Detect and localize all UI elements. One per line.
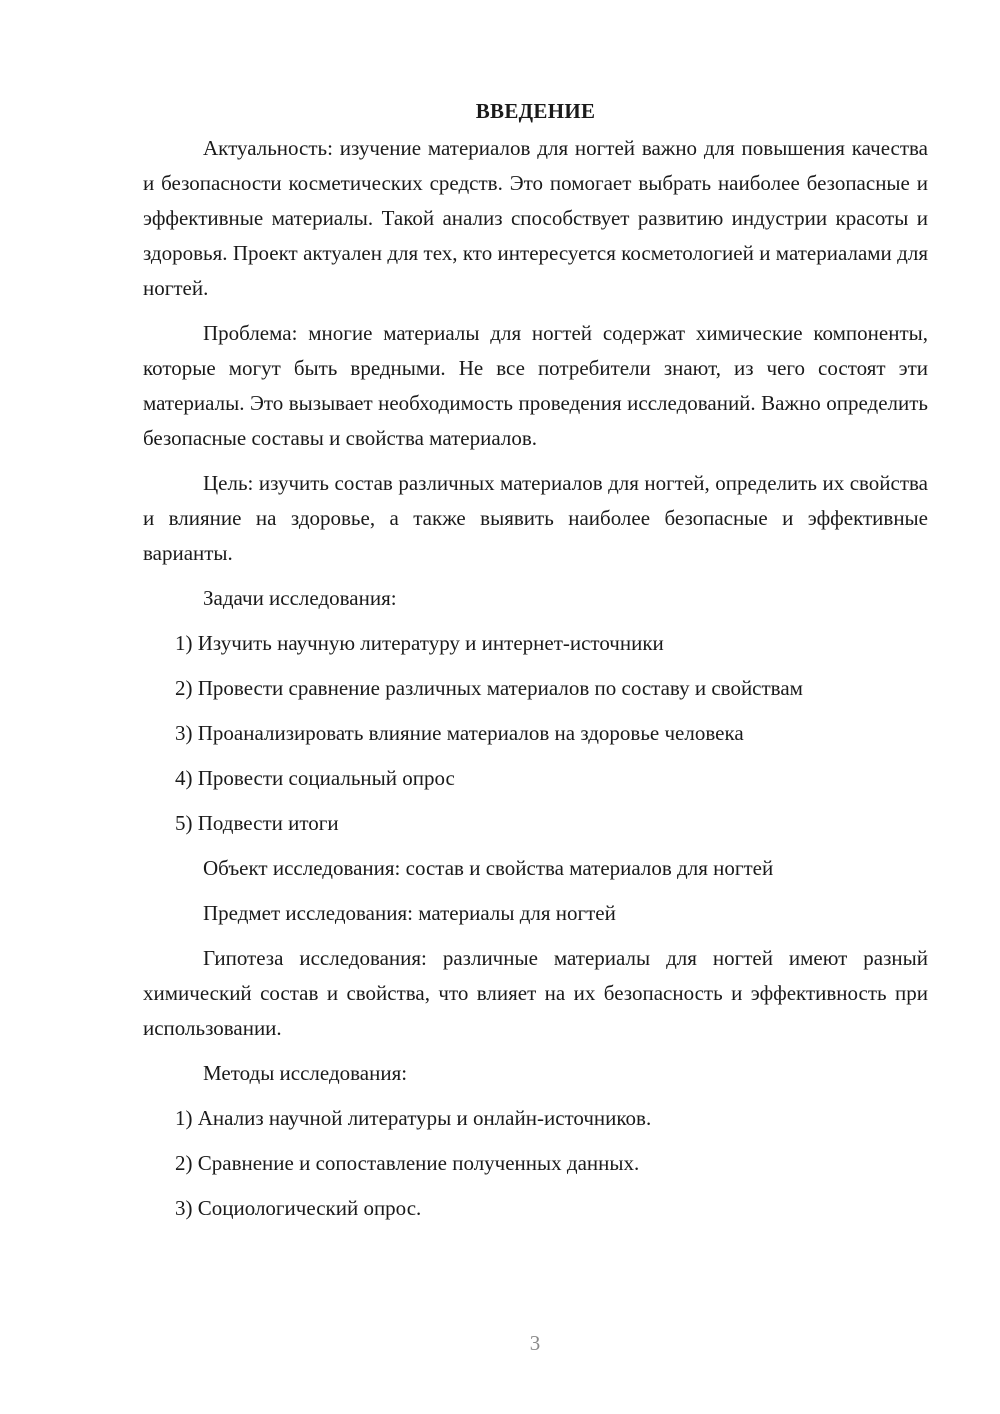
- task-item: 2) Провести сравнение различных материал…: [143, 671, 928, 706]
- method-text: Сравнение и сопоставление полученных дан…: [198, 1151, 639, 1175]
- task-text: Провести сравнение различных материалов …: [198, 676, 803, 700]
- task-number: 5): [175, 811, 193, 835]
- task-text: Подвести итоги: [198, 811, 339, 835]
- task-item: 1) Изучить научную литературу и интернет…: [143, 626, 928, 661]
- task-number: 2): [175, 676, 193, 700]
- document-page: ВВЕДЕНИЕ Актуальность: изучение материал…: [143, 96, 928, 1236]
- method-item: 1) Анализ научной литературы и онлайн-ис…: [143, 1101, 928, 1136]
- task-text: Проанализировать влияние материалов на з…: [198, 721, 744, 745]
- methods-list: 1) Анализ научной литературы и онлайн-ис…: [143, 1101, 928, 1226]
- task-text: Изучить научную литературу и интернет-ис…: [198, 631, 664, 655]
- section-title: ВВЕДЕНИЕ: [143, 96, 928, 126]
- task-number: 4): [175, 766, 193, 790]
- task-text: Провести социальный опрос: [198, 766, 455, 790]
- relevance-paragraph: Актуальность: изучение материалов для но…: [143, 131, 928, 306]
- method-text: Социологический опрос.: [198, 1196, 422, 1220]
- method-text: Анализ научной литературы и онлайн-источ…: [198, 1106, 651, 1130]
- method-number: 3): [175, 1196, 193, 1220]
- method-number: 1): [175, 1106, 193, 1130]
- method-item: 3) Социологический опрос.: [143, 1191, 928, 1226]
- tasks-list: 1) Изучить научную литературу и интернет…: [143, 626, 928, 841]
- goal-paragraph: Цель: изучить состав различных материало…: [143, 466, 928, 571]
- subject-line: Предмет исследования: материалы для ногт…: [143, 896, 928, 931]
- method-item: 2) Сравнение и сопоставление полученных …: [143, 1146, 928, 1181]
- method-number: 2): [175, 1151, 193, 1175]
- object-line: Объект исследования: состав и свойства м…: [143, 851, 928, 886]
- task-item: 5) Подвести итоги: [143, 806, 928, 841]
- tasks-heading: Задачи исследования:: [143, 581, 928, 616]
- task-item: 3) Проанализировать влияние материалов н…: [143, 716, 928, 751]
- hypothesis-paragraph: Гипотеза исследования: различные материа…: [143, 941, 928, 1046]
- methods-heading: Методы исследования:: [143, 1056, 928, 1091]
- problem-paragraph: Проблема: многие материалы для ногтей со…: [143, 316, 928, 456]
- task-item: 4) Провести социальный опрос: [143, 761, 928, 796]
- page-number: 3: [0, 1331, 1000, 1356]
- task-number: 3): [175, 721, 193, 745]
- task-number: 1): [175, 631, 193, 655]
